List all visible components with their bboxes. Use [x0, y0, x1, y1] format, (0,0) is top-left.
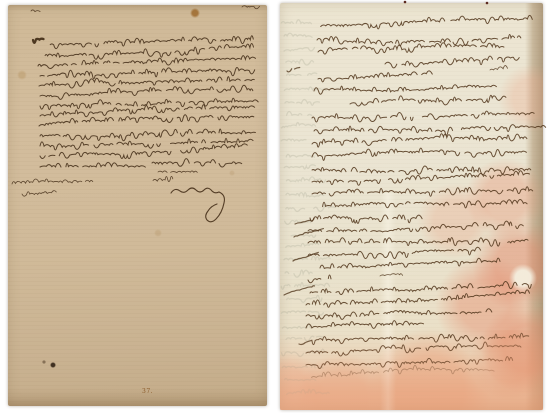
manuscripts-photo: 37. — [0, 0, 550, 413]
folio-number: 37. — [142, 389, 153, 395]
manuscript-page-left — [8, 5, 267, 406]
manuscript-page-right — [280, 3, 543, 410]
